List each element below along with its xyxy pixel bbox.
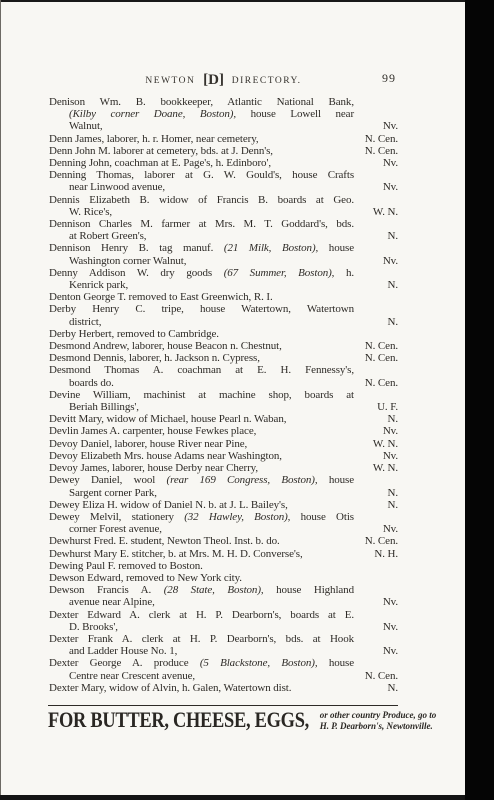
entry-text: Devlin James A. carpenter, house Fewkes … [49,425,256,437]
page-number: 99 [382,71,396,86]
entry-text: Denning Thomas, laborer at G. W. Gould's… [49,169,354,181]
entry-text: Dexter George A. produce (5 Blackstone, … [49,657,354,669]
entry-text: Centre near Crescent avenue, [69,670,195,682]
entry-text: Dexter Mary, widow of Alvin, h. Galen, W… [49,682,291,694]
entry-text: W. Rice's, [69,206,112,218]
footer-ad-line1: or other country Produce, go to [320,710,437,720]
directory-line: Dewey Melvil, stationery (32 Hawley, Bos… [49,511,398,523]
district-label: N. [382,487,399,499]
entry-text: Washington corner Walnut, [69,255,186,267]
footer-ad-headline: FOR BUTTER, CHEESE, EGGS, [48,708,309,734]
entry-text: Dennison Henry B. tag manuf. (21 Milk, B… [49,242,354,254]
entry-text: (Kilby corner Doane, Boston), house Lowe… [69,108,354,120]
entry-text: Denn John M. laborer at cemetery, bds. a… [49,145,273,157]
entry-text: and Ladder House No. 1, [69,645,177,657]
district-label: N. [382,230,399,242]
entry-text: Dexter Edward A. clerk at H. P. Dearborn… [49,609,354,621]
entry-text: Kenrick park, [69,279,128,291]
directory-line: Dexter Edward A. clerk at H. P. Dearborn… [49,609,398,621]
district-label: N. [382,413,399,425]
entry-text: Denison Wm. B. bookkeeper, Atlantic Nati… [49,96,354,108]
entry-text: Dennis Elizabeth B. widow of Francis B. … [49,194,354,206]
directory-line: boards do.N. Cen. [49,377,398,389]
district-label: N. Cen. [359,145,398,157]
entry-text: Dewhurst Fred. E. student, Newton Theol.… [49,535,280,547]
district-label: N. Cen. [359,340,398,352]
scan-gutter-band [465,0,494,800]
title-right: DIRECTORY. [232,76,302,86]
entry-text: Walnut, [69,120,103,132]
directory-line: Denton George T. removed to East Greenwi… [49,291,398,303]
district-label: W. N. [367,462,398,474]
entry-text: Dexter Frank A. clerk at H. P. Dearborn'… [49,633,354,645]
entry-text: Devoy James, laborer, house Derby near C… [49,462,258,474]
footer-advertisement: FOR BUTTER, CHEESE, EGGS, or other count… [48,708,398,731]
entry-text: Devoy Daniel, laborer, house River near … [49,438,247,450]
directory-line: corner Forest avenue,Nv. [49,523,398,535]
directory-line: Devoy Elizabeth Mrs. house Adams near Wa… [49,450,398,462]
scan-edge-top [0,0,465,2]
entry-text: Desmond Thomas A. coachman at E. H. Fenn… [49,364,354,376]
directory-line: Derby Herbert, removed to Cambridge. [49,328,398,340]
district-label: N. [382,279,399,291]
directory-line: Denning Thomas, laborer at G. W. Gould's… [49,169,398,181]
entry-text: Dewey Eliza H. widow of Daniel N. b. at … [49,499,288,511]
entry-text: Sargent corner Park, [69,487,157,499]
directory-line: Dewey Daniel, wool (rear 169 Congress, B… [49,474,398,486]
directory-line: Desmond Dennis, laborer, h. Jackson n. C… [49,352,398,364]
entry-text: Denny Addison W. dry goods (67 Summer, B… [49,267,354,279]
directory-line: Dennison Henry B. tag manuf. (21 Milk, B… [49,242,398,254]
footer-ad-line2: H. P. Dearborn's, Newtonville. [320,721,433,731]
directory-line: Centre near Crescent avenue,N. Cen. [49,670,398,682]
entry-text: Dewey Daniel, wool (rear 169 Congress, B… [49,474,354,486]
directory-line: Kenrick park,N. [49,279,398,291]
directory-line: D. Brooks',Nv. [49,621,398,633]
directory-line: Sargent corner Park,N. [49,487,398,499]
entry-text: Devoy Elizabeth Mrs. house Adams near Wa… [49,450,282,462]
entry-text: Denton George T. removed to East Greenwi… [49,291,273,303]
entry-text: Denning John, coachman at E. Page's, h. … [49,157,271,169]
district-label: Nv. [377,181,398,193]
district-label: N. Cen. [359,133,398,145]
title-left: NEWTON [145,76,195,86]
directory-line: Denning John, coachman at E. Page's, h. … [49,157,398,169]
entry-text: Beriah Billings', [69,401,139,413]
directory-line: Devine William, machinist at machine sho… [49,389,398,401]
footer-ad-detail: or other country Produce, go to H. P. De… [320,708,437,731]
entry-text: Dewing Paul F. removed to Boston. [49,560,203,572]
directory-line: near Linwood avenue,Nv. [49,181,398,193]
entry-text: Derby Henry C. tripe, house Watertown, W… [49,303,354,315]
directory-line: W. Rice's,W. N. [49,206,398,218]
directory-line: Denison Wm. B. bookkeeper, Atlantic Nati… [49,96,398,108]
directory-line: at Robert Green's,N. [49,230,398,242]
entry-text: Dewhurst Mary E. stitcher, b. at Mrs. M.… [49,548,303,560]
entry-text: district, [69,316,101,328]
district-label: Nv. [377,157,398,169]
entry-text: near Linwood avenue, [69,181,165,193]
entry-text: Devine William, machinist at machine sho… [49,389,354,401]
directory-line: Dennis Elizabeth B. widow of Francis B. … [49,194,398,206]
district-label: Nv. [377,621,398,633]
page-header: NEWTON [D] DIRECTORY. 99 [49,69,398,89]
district-label: N. Cen. [359,352,398,364]
entry-text: corner Forest avenue, [69,523,162,535]
entry-text: at Robert Green's, [69,230,146,242]
directory-line: Dewey Eliza H. widow of Daniel N. b. at … [49,499,398,511]
district-label: N. Cen. [359,377,398,389]
district-label: Nv. [377,596,398,608]
entry-text: boards do. [69,377,114,389]
directory-line: district,N. [49,316,398,328]
entry-text: Desmond Andrew, laborer, house Beacon n.… [49,340,282,352]
district-label: N. Cen. [359,670,398,682]
district-label: W. N. [367,438,398,450]
district-label: N. [382,499,399,511]
district-label: Nv. [377,255,398,267]
directory-line: Denn James, laborer, h. r. Homer, near c… [49,133,398,145]
district-label: N. H. [368,548,398,560]
district-label: Nv. [377,450,398,462]
district-label: N. [382,682,399,694]
entry-text: Desmond Dennis, laborer, h. Jackson n. C… [49,352,260,364]
directory-line: Dexter Frank A. clerk at H. P. Dearborn'… [49,633,398,645]
district-label: Nv. [377,523,398,535]
entry-text: Derby Herbert, removed to Cambridge. [49,328,219,340]
directory-line: Devitt Mary, widow of Michael, house Pea… [49,413,398,425]
district-label: N. [382,316,399,328]
district-label: N. Cen. [359,535,398,547]
district-label: W. N. [367,206,398,218]
section-letter: [D] [203,72,224,88]
directory-line: Beriah Billings',U. F. [49,401,398,413]
page-title: NEWTON [D] DIRECTORY. [49,72,398,89]
entry-text: Denn James, laborer, h. r. Homer, near c… [49,133,259,145]
directory-line: Derby Henry C. tripe, house Watertown, W… [49,303,398,315]
directory-line: Dewhurst Fred. E. student, Newton Theol.… [49,535,398,547]
directory-line: Desmond Thomas A. coachman at E. H. Fenn… [49,364,398,376]
district-label: Nv. [377,120,398,132]
directory-line: Walnut,Nv. [49,120,398,132]
entry-text: Devitt Mary, widow of Michael, house Pea… [49,413,286,425]
scanned-directory-page: NEWTON [D] DIRECTORY. 99 Denison Wm. B. … [0,0,465,800]
entry-text: Dewson Francis A. (28 State, Boston), ho… [49,584,354,596]
district-label: Nv. [377,645,398,657]
entry-text: Dewey Melvil, stationery (32 Hawley, Bos… [49,511,354,523]
directory-line: Devlin James A. carpenter, house Fewkes … [49,425,398,437]
directory-line: (Kilby corner Doane, Boston), house Lowe… [49,108,398,120]
scan-edge-bottom [0,795,465,800]
directory-line: Denn John M. laborer at cemetery, bds. a… [49,145,398,157]
scan-edge-left [0,0,1,800]
district-label: U. F. [371,401,398,413]
entry-text: Dewson Edward, removed to New York city. [49,572,242,584]
directory-line: and Ladder House No. 1,Nv. [49,645,398,657]
directory-line: Dewing Paul F. removed to Boston. [49,560,398,572]
directory-line: Dewhurst Mary E. stitcher, b. at Mrs. M.… [49,548,398,560]
directory-line: Dennison Charles M. farmer at Mrs. M. T.… [49,218,398,230]
directory-line: Washington corner Walnut,Nv. [49,255,398,267]
directory-line: Dexter Mary, widow of Alvin, h. Galen, W… [49,682,398,694]
entry-text: Dennison Charles M. farmer at Mrs. M. T.… [49,218,354,230]
directory-line: Devoy Daniel, laborer, house River near … [49,438,398,450]
directory-list: Denison Wm. B. bookkeeper, Atlantic Nati… [49,96,398,694]
directory-line: Desmond Andrew, laborer, house Beacon n.… [49,340,398,352]
directory-line: Dewson Francis A. (28 State, Boston), ho… [49,584,398,596]
entry-text: D. Brooks', [69,621,118,633]
entry-text: avenue near Alpine, [69,596,155,608]
directory-line: Denny Addison W. dry goods (67 Summer, B… [49,267,398,279]
footer-divider [48,705,398,706]
directory-line: Devoy James, laborer, house Derby near C… [49,462,398,474]
directory-line: Dewson Edward, removed to New York city. [49,572,398,584]
directory-line: avenue near Alpine,Nv. [49,596,398,608]
directory-line: Dexter George A. produce (5 Blackstone, … [49,657,398,669]
district-label: Nv. [377,425,398,437]
